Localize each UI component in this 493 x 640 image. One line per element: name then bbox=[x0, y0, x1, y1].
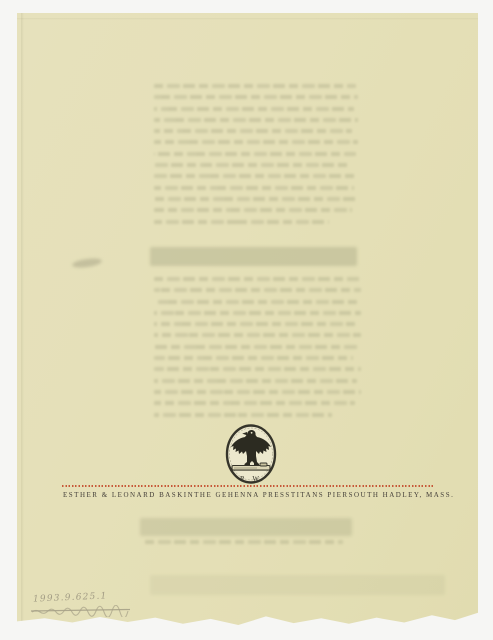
show-through-text-block-middle bbox=[154, 277, 361, 424]
show-through-band-lower bbox=[140, 518, 352, 536]
show-through-text-line bbox=[154, 197, 358, 201]
show-through-text-line bbox=[154, 208, 352, 212]
colophon-imprint-line: ESTHER & LEONARD BASKIN THE GEHENNA PRES… bbox=[63, 491, 434, 499]
show-through-text-line bbox=[154, 345, 359, 349]
show-through-text-line bbox=[154, 300, 357, 304]
show-through-text-line bbox=[154, 322, 355, 326]
show-through-text-line bbox=[154, 95, 358, 99]
show-through-text-line bbox=[154, 401, 355, 405]
show-through-text-line bbox=[154, 174, 358, 178]
show-through-text-line bbox=[154, 129, 352, 133]
show-through-text-line bbox=[154, 333, 361, 337]
crossed-out-inscription bbox=[30, 605, 134, 617]
colophon-segment-press: THE GEHENNA PRESS bbox=[194, 491, 291, 499]
show-through-text-line bbox=[154, 107, 354, 111]
show-through-text-line bbox=[154, 390, 361, 394]
show-through-text-line bbox=[154, 163, 350, 167]
dotted-rule bbox=[62, 485, 434, 487]
show-through-text-line bbox=[154, 356, 353, 360]
colophon-segment-names: ESTHER & LEONARD BASKIN bbox=[63, 491, 194, 499]
show-through-line-lower bbox=[145, 540, 345, 551]
show-through-text-line bbox=[154, 311, 361, 315]
show-through-text-line bbox=[154, 379, 357, 383]
show-through-text-line bbox=[154, 152, 356, 156]
printer-device-emblem: R W bbox=[223, 424, 279, 488]
device-initials: R W bbox=[240, 475, 262, 483]
photo-background: R W ESTHER & LEONARD BASKIN THE GEHENNA … bbox=[0, 0, 493, 640]
colophon-segment-place: TITANS PIER bbox=[291, 491, 349, 499]
show-through-heading-band bbox=[150, 247, 357, 266]
show-through-text-line bbox=[154, 118, 358, 122]
paper-sheet: R W ESTHER & LEONARD BASKIN THE GEHENNA … bbox=[17, 13, 478, 625]
show-through-text-line bbox=[154, 413, 332, 417]
show-through-text-line bbox=[154, 220, 329, 224]
show-through-text-line bbox=[154, 367, 361, 371]
pencil-smudge bbox=[72, 257, 103, 269]
show-through-text-line bbox=[154, 140, 358, 144]
show-through-text-line bbox=[154, 288, 361, 292]
show-through-text-line bbox=[154, 186, 354, 190]
show-through-text-line bbox=[145, 540, 343, 544]
show-through-band-bottom bbox=[150, 575, 445, 595]
show-through-text-line bbox=[154, 84, 356, 88]
show-through-text-line bbox=[154, 277, 359, 281]
pencil-accession-number: 1993.9.625.1 bbox=[33, 591, 108, 604]
show-through-text-block-upper bbox=[154, 84, 358, 231]
colophon-segment-town: SOUTH HADLEY, MASS. bbox=[349, 491, 455, 499]
